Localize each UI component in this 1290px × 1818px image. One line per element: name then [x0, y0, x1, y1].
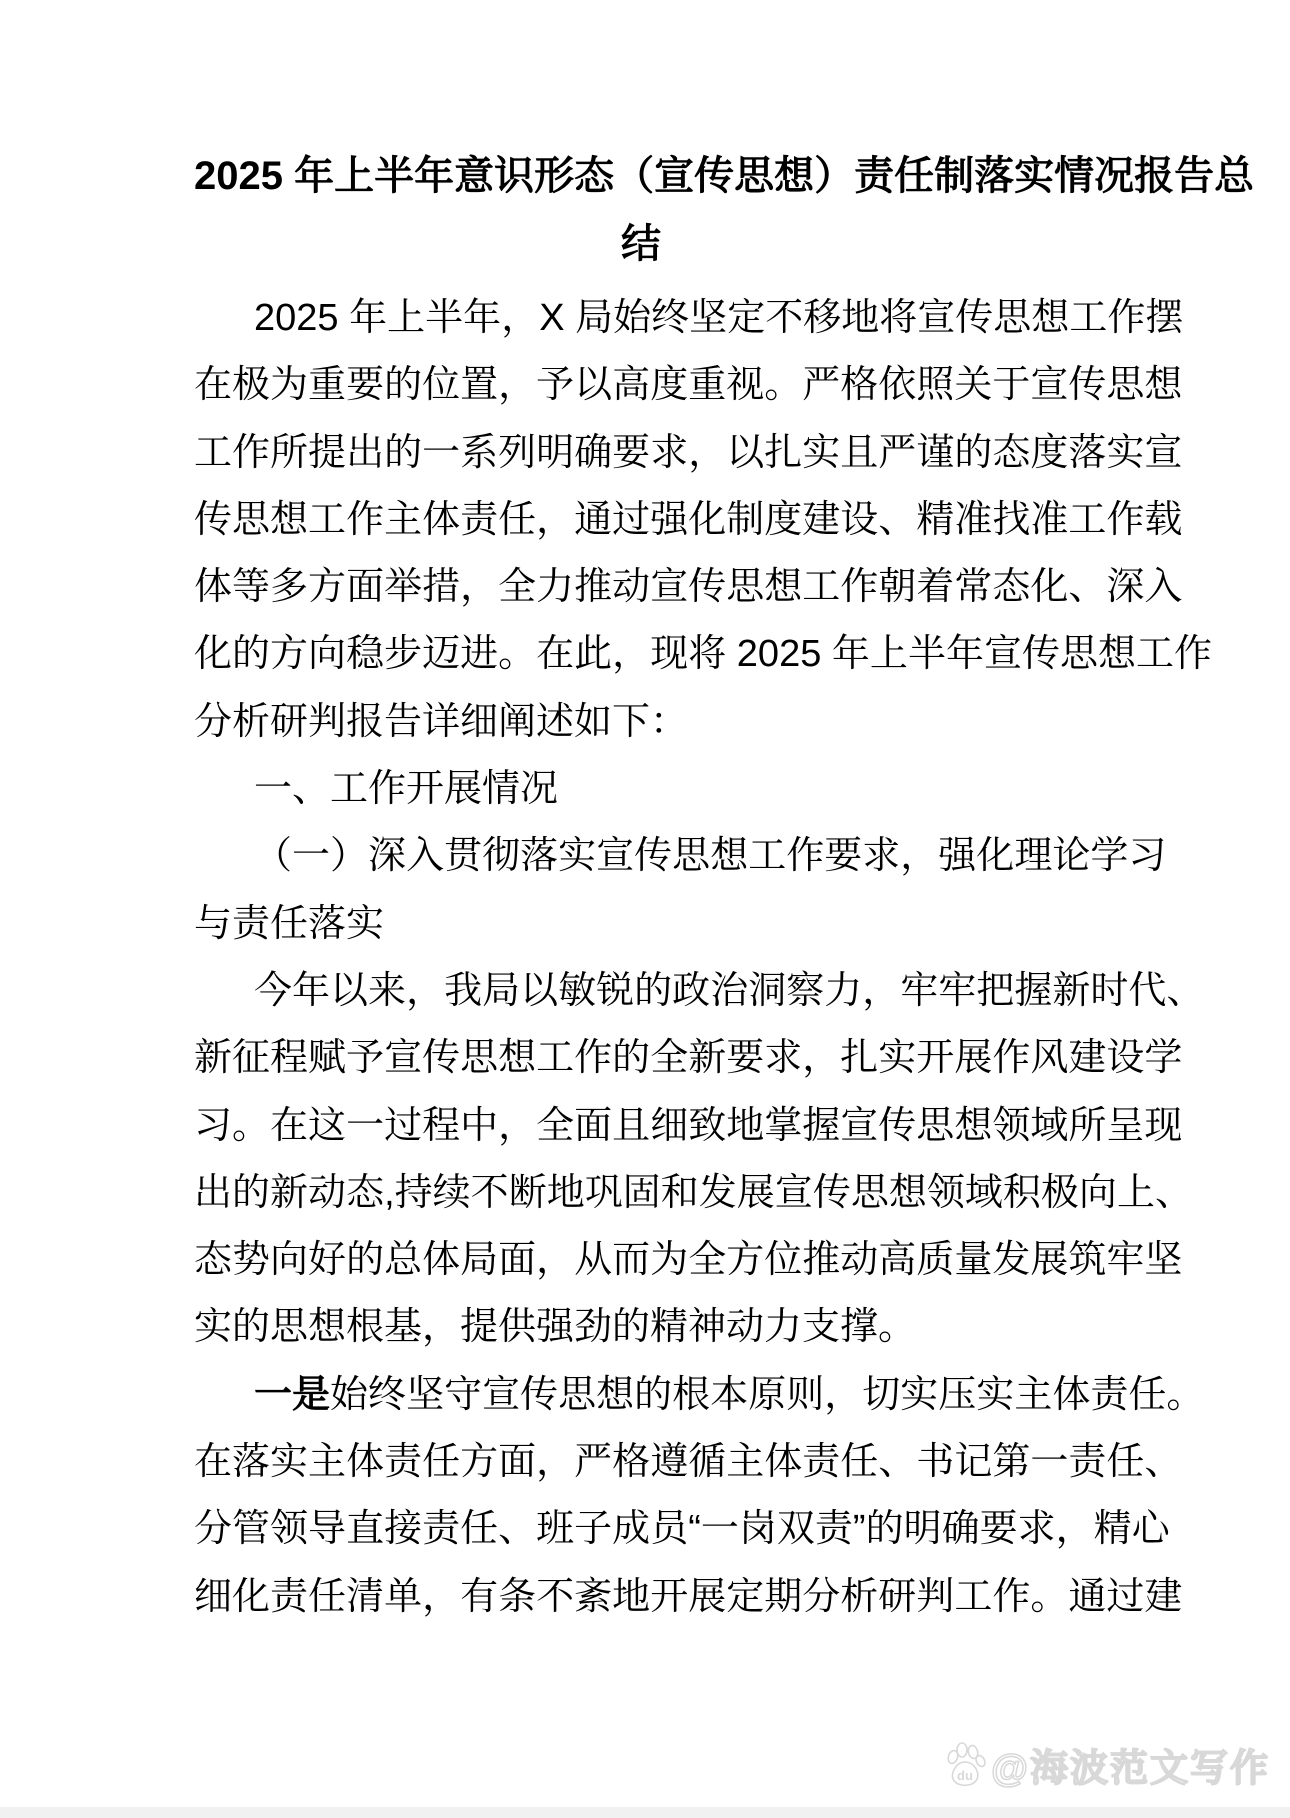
doc-title: 2025 年上半年意识形态（宣传思想）责任制落实情况报告总结: [194, 142, 1088, 278]
title-line: 结: [194, 210, 1088, 278]
body-line: 今年以来，我局以敏锐的政治洞察力，牢牢把握新时代、: [194, 958, 1088, 1025]
body-line: 与责任落实: [194, 891, 1088, 958]
body-line: 一、工作开展情况: [194, 756, 1088, 823]
body-line: 态势向好的总体局面，从而为全方位推动高质量发展筑牢坚: [194, 1227, 1088, 1294]
baidu-paw-icon: du: [944, 1742, 986, 1788]
body-line: 新征程赋予宣传思想工作的全新要求，扎实开展作风建设学: [194, 1025, 1088, 1092]
doc-body: 2025 年上半年，X 局始终坚定不移地将宣传思想工作摆在极为重要的位置，予以高…: [194, 285, 1088, 1631]
body-line: 化的方向稳步迈进。在此，现将 2025 年上半年宣传思想工作: [194, 621, 1088, 688]
page-edge-strip: [0, 1807, 1290, 1818]
document-page: 2025 年上半年意识形态（宣传思想）责任制落实情况报告总结 2025 年上半年…: [0, 0, 1290, 1818]
body-line: 实的思想根基，提供强劲的精神动力支撑。: [194, 1294, 1088, 1361]
body-line: （一）深入贯彻落实宣传思想工作要求，强化理论学习: [194, 823, 1088, 890]
body-line: 习。在这一过程中，全面且细致地掌握宣传思想领域所呈现: [194, 1093, 1088, 1160]
document-content: 2025 年上半年意识形态（宣传思想）责任制落实情况报告总结 2025 年上半年…: [194, 142, 1088, 1631]
baidu-paw-label: du: [957, 1768, 973, 1783]
body-line: 2025 年上半年，X 局始终坚定不移地将宣传思想工作摆: [194, 285, 1088, 352]
watermark: du @海波范文写作: [944, 1737, 1270, 1792]
body-line: 出的新动态,持续不断地巩固和发展宣传思想领域积极向上、: [194, 1160, 1088, 1227]
body-line: 在极为重要的位置，予以高度重视。严格依照关于宣传思想: [194, 352, 1088, 419]
body-line: 传思想工作主体责任，通过强化制度建设、精准找准工作载: [194, 487, 1088, 554]
body-line: 分管领导直接责任、班子成员“一岗双责”的明确要求，精心: [194, 1496, 1088, 1563]
body-line: 工作所提出的一系列明确要求，以扎实且严谨的态度落实宣: [194, 420, 1088, 487]
body-line: 一是始终坚守宣传思想的根本原则，切实压实主体责任。: [194, 1362, 1088, 1429]
body-line: 分析研判报告详细阐述如下：: [194, 689, 1088, 756]
title-line: 2025 年上半年意识形态（宣传思想）责任制落实情况报告总: [194, 142, 1088, 210]
body-line: 在落实主体责任方面，严格遵循主体责任、书记第一责任、: [194, 1429, 1088, 1496]
watermark-handle: @海波范文写作: [991, 1737, 1270, 1792]
body-line: 体等多方面举措，全力推动宣传思想工作朝着常态化、深入: [194, 554, 1088, 621]
body-line: 细化责任清单，有条不紊地开展定期分析研判工作。通过建: [194, 1564, 1088, 1631]
